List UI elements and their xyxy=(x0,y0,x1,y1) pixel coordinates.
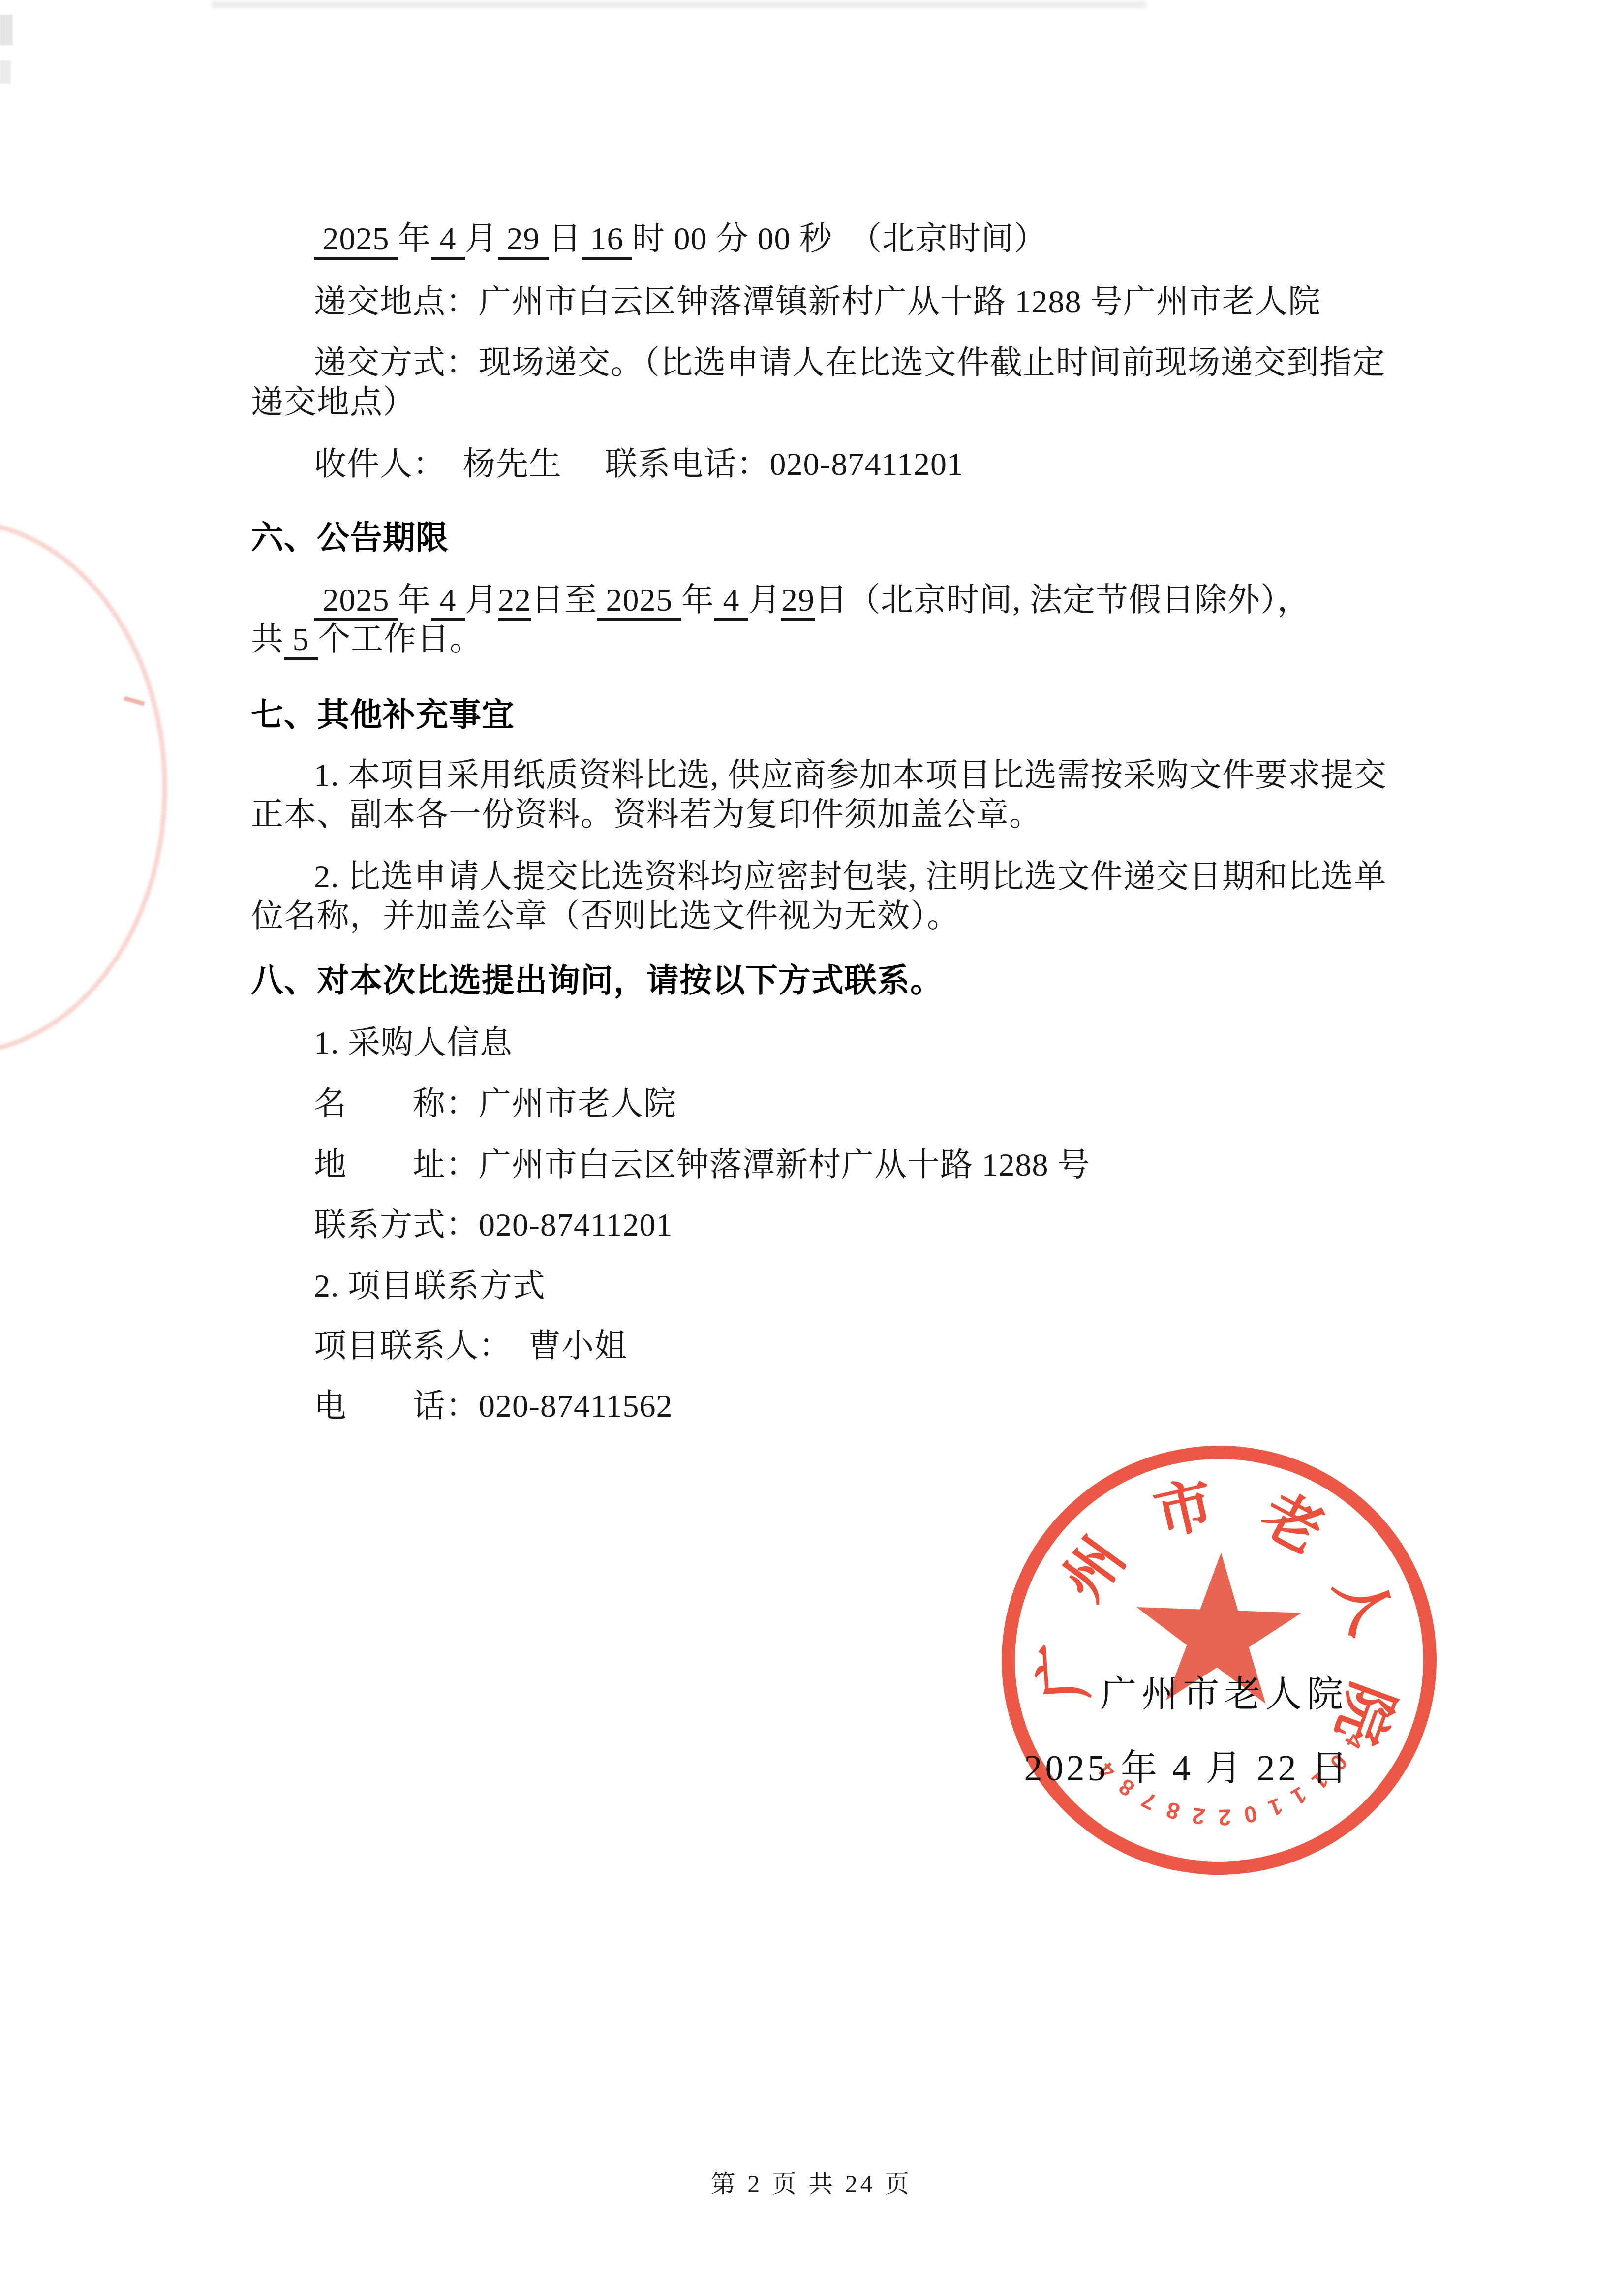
period-start-month-label: 月 xyxy=(465,582,498,618)
purchaser-info-heading: 1. 采购人信息 xyxy=(251,1024,1451,1063)
delivery-method-line: 递交方式：现场递交。（比选申请人在比选文件截止时间前现场递交到指定递交地点） xyxy=(251,343,1451,422)
delivery-location-line: 递交地点：广州市白云区钟落潭镇新村广从十路 1288 号广州市老人院 xyxy=(251,282,1451,322)
deadline-timezone: （北京时间） xyxy=(832,221,1047,257)
project-contact-person-line: 项目联系人： 曹小姐 xyxy=(251,1327,1451,1366)
purchaser-name-line: 名 称：广州市老人院 xyxy=(251,1085,1451,1124)
supplement-item-2-line2: 位名称，并加盖公章（否则比选文件视为无效）。 xyxy=(251,898,960,934)
period-end-year-label: 年 xyxy=(681,582,714,618)
purchaser-phone-line: 联系方式：020-87411201 xyxy=(251,1206,1451,1245)
purchaser-address-line: 地 址：广州市白云区钟落潭新村广从十路 1288 号 xyxy=(251,1146,1451,1185)
delivery-method-line2: 递交地点） xyxy=(251,384,416,420)
deadline-year: 2025 xyxy=(314,221,398,260)
section-7-heading: 七、其他补充事宜 xyxy=(251,695,1451,734)
supplement-item-2: 2. 比选申请人提交比选资料均应密封包装, 注明比选文件递交日期和比选单位名称，… xyxy=(251,857,1451,936)
period-working-days-label: 个工作日。 xyxy=(318,621,483,657)
document-body: 2025 年 4 月 29 日 16 时 00 分 00 秒 （北京时间） 递交… xyxy=(251,0,1451,1426)
supplement-item-1: 1. 本项目采用纸质资料比选, 供应商参加本项目比选需按采购文件要求提交正本、副… xyxy=(251,756,1451,835)
deadline-day-label: 日 xyxy=(549,221,582,257)
signing-date-text: 2025 年 4 月 22 日 xyxy=(1024,1739,1350,1791)
document-page: { "doc": { "p1": {"u1": " 2025 ", "t1": … xyxy=(0,0,1623,2296)
period-working-days: 5 xyxy=(284,621,318,660)
ghost-stamp-arc xyxy=(0,519,167,1055)
section-6-heading: 六、公告期限 xyxy=(251,518,1451,557)
project-contact-phone-line: 电 话：020-87411562 xyxy=(251,1387,1451,1426)
deadline-hour: 16 xyxy=(582,221,632,260)
period-total-label: 共 xyxy=(251,621,284,657)
scan-mark-corner-2 xyxy=(0,60,11,84)
period-end-day: 29 xyxy=(781,582,815,621)
project-contact-heading: 2. 项目联系方式 xyxy=(251,1267,1451,1306)
period-end-year: 2025 xyxy=(597,582,681,621)
official-seal: 广 州 市 老 人 院 4 0 1 1 1 0 2 2 8 7 8 4 广州市老… xyxy=(994,1438,1444,1882)
supplement-item-2-line1: 2. 比选申请人提交比选资料均应密封包装, 注明比选文件递交日期和比选单 xyxy=(314,859,1387,895)
supplement-item-1-line1: 1. 本项目采用纸质资料比选, 供应商参加本项目比选需按采购文件要求提交 xyxy=(314,757,1387,793)
signer-name-text: 广州市老人院 xyxy=(1100,1665,1348,1717)
page-number-footer: 第 2 页 共 24 页 xyxy=(0,2164,1623,2200)
period-start-month: 4 xyxy=(431,582,465,621)
scan-mark-corner-1 xyxy=(0,15,13,45)
period-end-month: 4 xyxy=(714,582,748,621)
section-8-heading: 八、对本次比选提出询问，请按以下方式联系。 xyxy=(251,961,1451,1000)
deadline-month: 4 xyxy=(431,221,465,260)
period-to-label: 日至 xyxy=(531,582,597,618)
supplement-item-1-line2: 正本、副本各一份资料。资料若为复印件须加盖公章。 xyxy=(251,797,1042,833)
deadline-day: 29 xyxy=(498,221,549,260)
seal-code-digit: 2 xyxy=(1218,1804,1231,1831)
announcement-period-line: 2025 年 4 月22日至 2025 年 4 月29日（北京时间, 法定节假日… xyxy=(251,581,1451,659)
delivery-method-line1: 递交方式：现场递交。（比选申请人在比选文件截止时间前现场递交到指定 xyxy=(314,345,1385,381)
deadline-month-label: 月 xyxy=(465,221,498,257)
submission-deadline-line: 2025 年 4 月 29 日 16 时 00 分 00 秒 （北京时间） xyxy=(251,219,1451,259)
seal-ring-char: 广 xyxy=(1015,1640,1103,1704)
deadline-time-label: 时 00 分 00 秒 xyxy=(632,221,832,257)
period-timezone-note: 日（北京时间, 法定节假日除外）， xyxy=(815,582,1310,618)
period-start-day: 22 xyxy=(498,582,531,621)
deadline-year-label: 年 xyxy=(398,221,431,257)
recipient-line: 收件人： 杨先生 联系电话：020-87411201 xyxy=(251,445,1451,484)
period-end-month-label: 月 xyxy=(748,582,781,618)
period-start-year-label: 年 xyxy=(398,582,431,618)
period-start-year: 2025 xyxy=(314,582,398,621)
